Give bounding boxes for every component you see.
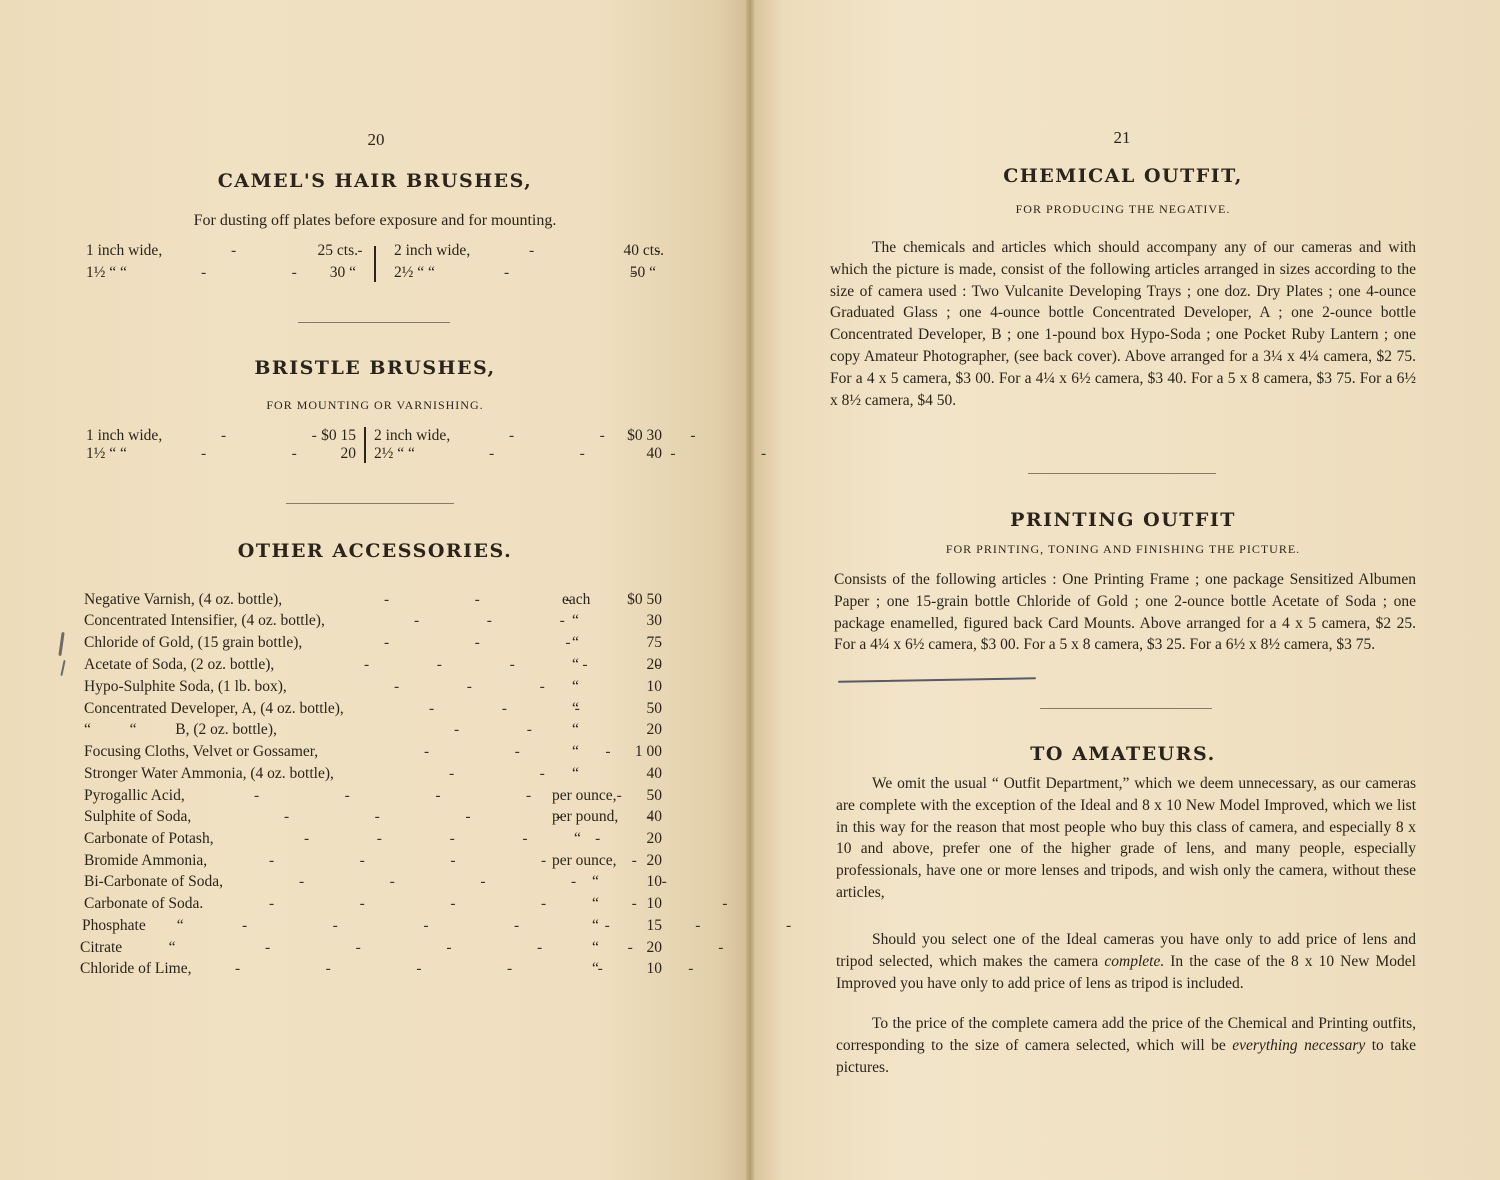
emphasis-text: complete.: [1104, 953, 1164, 970]
item-price: 20: [647, 656, 663, 674]
item-name: Bromide Ammonia,: [84, 852, 207, 870]
item-name: Phosphate “: [82, 917, 184, 935]
printing-outfit-title: PRINTING OUTFIT: [828, 509, 1418, 531]
price: 20: [341, 445, 357, 463]
item-name: Sulphite of Soda,: [84, 808, 191, 826]
table-row: 1 inch wide, - - $0 15: [86, 427, 356, 447]
item-price: 20: [647, 830, 663, 848]
bristle-title: BRISTLE BRUSHES,: [80, 357, 670, 379]
to-amateurs-paragraph-2: Should you select one of the Ideal camer…: [836, 929, 1416, 994]
chemical-outfit-subtitle: FOR PRODUCING THE NEGATIVE.: [828, 202, 1418, 217]
item-price: 30: [647, 612, 663, 630]
item-unit: “: [574, 830, 581, 848]
section-divider: [286, 503, 454, 504]
table-row: 1½ “ “ - - 20: [86, 445, 356, 465]
table-row: 1 inch wide, - - 25 cts.: [86, 242, 358, 262]
item-unit: per ounce,: [552, 787, 617, 805]
item-unit: “: [572, 612, 579, 630]
book-gutter: [746, 0, 754, 1180]
size-label: 2½ “ “: [374, 445, 415, 463]
price: 50 “: [630, 264, 656, 282]
price: $0 15: [321, 427, 356, 445]
table-row: 1½ “ “ - - 30 “: [86, 264, 356, 284]
item-name: Chloride of Lime,: [80, 960, 192, 978]
list-item: Carbonate of Soda. - - - - - - “ 10: [84, 895, 662, 915]
to-amateurs-paragraph-1: We omit the usual “ Outfit Department,” …: [836, 773, 1416, 904]
item-name: Carbonate of Soda.: [84, 895, 203, 913]
column-divider: [364, 427, 366, 463]
list-item: Negative Varnish, (4 oz. bottle), - - - …: [84, 591, 662, 611]
item-price: 10: [647, 873, 663, 891]
item-price: 1 00: [635, 743, 662, 761]
item-name: Bi-Carbonate of Soda,: [84, 873, 223, 891]
item-unit: “: [592, 960, 599, 978]
printing-outfit-subtitle: FOR PRINTING, TONING AND FINISHING THE P…: [828, 542, 1418, 557]
item-unit: “: [592, 873, 599, 891]
item-name: Hypo-Sulphite Soda, (1 lb. box),: [84, 678, 287, 696]
list-item: Concentrated Intensifier, (4 oz. bottle)…: [84, 612, 662, 632]
size-label: 1 inch wide,: [86, 427, 162, 445]
item-unit: “: [592, 939, 599, 957]
item-name: Concentrated Developer, A, (4 oz. bottle…: [84, 700, 344, 718]
item-price: 15: [647, 917, 663, 935]
page-number-right: 21: [1072, 128, 1172, 148]
table-row: 2 inch wide, - - 40 cts.: [394, 242, 664, 262]
item-unit: each: [562, 591, 590, 609]
size-label: 1½ “ “: [86, 445, 127, 463]
list-item: Stronger Water Ammonia, (4 oz. bottle), …: [84, 765, 662, 785]
list-item: Carbonate of Potash, - - - - - “ 20: [84, 830, 662, 850]
list-item: Bromide Ammonia, - - - - - per ounce, 20: [84, 852, 662, 872]
list-item: Sulphite of Soda, - - - - - per pound, 4…: [84, 808, 662, 828]
size-label: 1 inch wide,: [86, 242, 162, 260]
camels-hair-subtitle: For dusting off plates before exposure a…: [80, 212, 670, 230]
item-unit: “: [572, 678, 579, 696]
item-price: 40: [647, 808, 663, 826]
item-price: 20: [647, 721, 663, 739]
item-unit: “: [572, 743, 579, 761]
size-label: 1½ “ “: [86, 264, 127, 282]
price: 30 “: [330, 264, 356, 282]
section-divider: [1028, 473, 1216, 474]
item-price: 20: [647, 852, 663, 870]
list-item: Chloride of Gold, (15 grain bottle), - -…: [84, 634, 662, 654]
emphasis-text: everything necessary: [1232, 1037, 1365, 1054]
chemical-outfit-paragraph: The chemicals and articles which should …: [830, 237, 1416, 411]
page-number-left: 20: [326, 130, 426, 150]
item-price: 75: [647, 634, 663, 652]
section-divider: [298, 322, 450, 323]
table-row: 2 inch wide, - - - $0 30: [374, 427, 662, 447]
item-unit: “: [572, 656, 579, 674]
price: 25 cts.: [318, 242, 358, 260]
camels-hair-title: CAMEL'S HAIR BRUSHES,: [80, 170, 670, 192]
item-price: 10: [647, 895, 663, 913]
item-unit: “: [572, 721, 579, 739]
size-label: 2½ “ “: [394, 264, 435, 282]
item-price: 10: [647, 960, 663, 978]
list-item: Acetate of Soda, (2 oz. bottle), - - - -…: [84, 656, 662, 676]
section-divider: [1040, 708, 1212, 709]
paragraph-text: The chemicals and articles which should …: [830, 239, 1416, 409]
table-row: 2½ “ “ - - 50 “: [394, 264, 656, 284]
item-name: Citrate “: [80, 939, 176, 957]
chemical-outfit-title: CHEMICAL OUTFIT,: [828, 165, 1418, 187]
item-unit: “: [572, 765, 579, 783]
item-name: Carbonate of Potash,: [84, 830, 214, 848]
list-item: Pyrogallic Acid, - - - - - per ounce, 50: [84, 787, 662, 807]
list-item: Chloride of Lime, - - - - - - “ 10: [80, 960, 662, 980]
list-item: Phosphate “ - - - - - - - “ 15: [82, 917, 662, 937]
to-amateurs-paragraph-3: To the price of the complete camera add …: [836, 1013, 1416, 1078]
item-unit: “: [592, 917, 599, 935]
to-amateurs-title: TO AMATEURS.: [828, 743, 1418, 765]
item-price: $0 50: [627, 591, 662, 609]
item-price: 50: [647, 787, 663, 805]
printing-outfit-paragraph: Consists of the following articles : One…: [834, 569, 1416, 656]
table-row: 2½ “ “ - - - - 40: [374, 445, 662, 465]
price: 40 cts.: [624, 242, 664, 260]
item-unit: “: [592, 895, 599, 913]
item-name: Acetate of Soda, (2 oz. bottle),: [84, 656, 274, 674]
list-item: Concentrated Developer, A, (4 oz. bottle…: [84, 700, 662, 720]
paragraph-text: We omit the usual “ Outfit Department,” …: [836, 775, 1416, 901]
other-accessories-title: OTHER ACCESSORIES.: [80, 540, 670, 562]
item-unit: per pound,: [552, 808, 618, 826]
item-name: Focusing Cloths, Velvet or Gossamer,: [84, 743, 318, 761]
item-unit: “: [572, 634, 579, 652]
item-name: Concentrated Intensifier, (4 oz. bottle)…: [84, 612, 325, 630]
item-name: “ “ B, (2 oz. bottle),: [84, 721, 277, 739]
item-unit: “: [572, 700, 579, 718]
item-price: 10: [647, 678, 663, 696]
item-name: Negative Varnish, (4 oz. bottle),: [84, 591, 282, 609]
list-item: Hypo-Sulphite Soda, (1 lb. box), - - - “…: [84, 678, 662, 698]
item-price: 20: [647, 939, 663, 957]
size-label: 2 inch wide,: [374, 427, 450, 445]
list-item: Focusing Cloths, Velvet or Gossamer, - -…: [84, 743, 662, 763]
item-name: Pyrogallic Acid,: [84, 787, 185, 805]
list-item: Citrate “ - - - - - - “ 20: [80, 939, 662, 959]
item-price: 40: [647, 765, 663, 783]
item-name: Chloride of Gold, (15 grain bottle),: [84, 634, 302, 652]
bristle-subtitle: FOR MOUNTING OR VARNISHING.: [80, 398, 670, 413]
item-price: 50: [647, 700, 663, 718]
list-item: Bi-Carbonate of Soda, - - - - - “ 10: [84, 873, 662, 893]
price: $0 30: [627, 427, 662, 445]
list-item: “ “ B, (2 oz. bottle), - - “ 20: [84, 721, 662, 741]
price: 40: [647, 445, 663, 463]
size-label: 2 inch wide,: [394, 242, 470, 260]
column-divider: [374, 246, 376, 282]
item-unit: per ounce,: [552, 852, 617, 870]
item-name: Stronger Water Ammonia, (4 oz. bottle),: [84, 765, 334, 783]
